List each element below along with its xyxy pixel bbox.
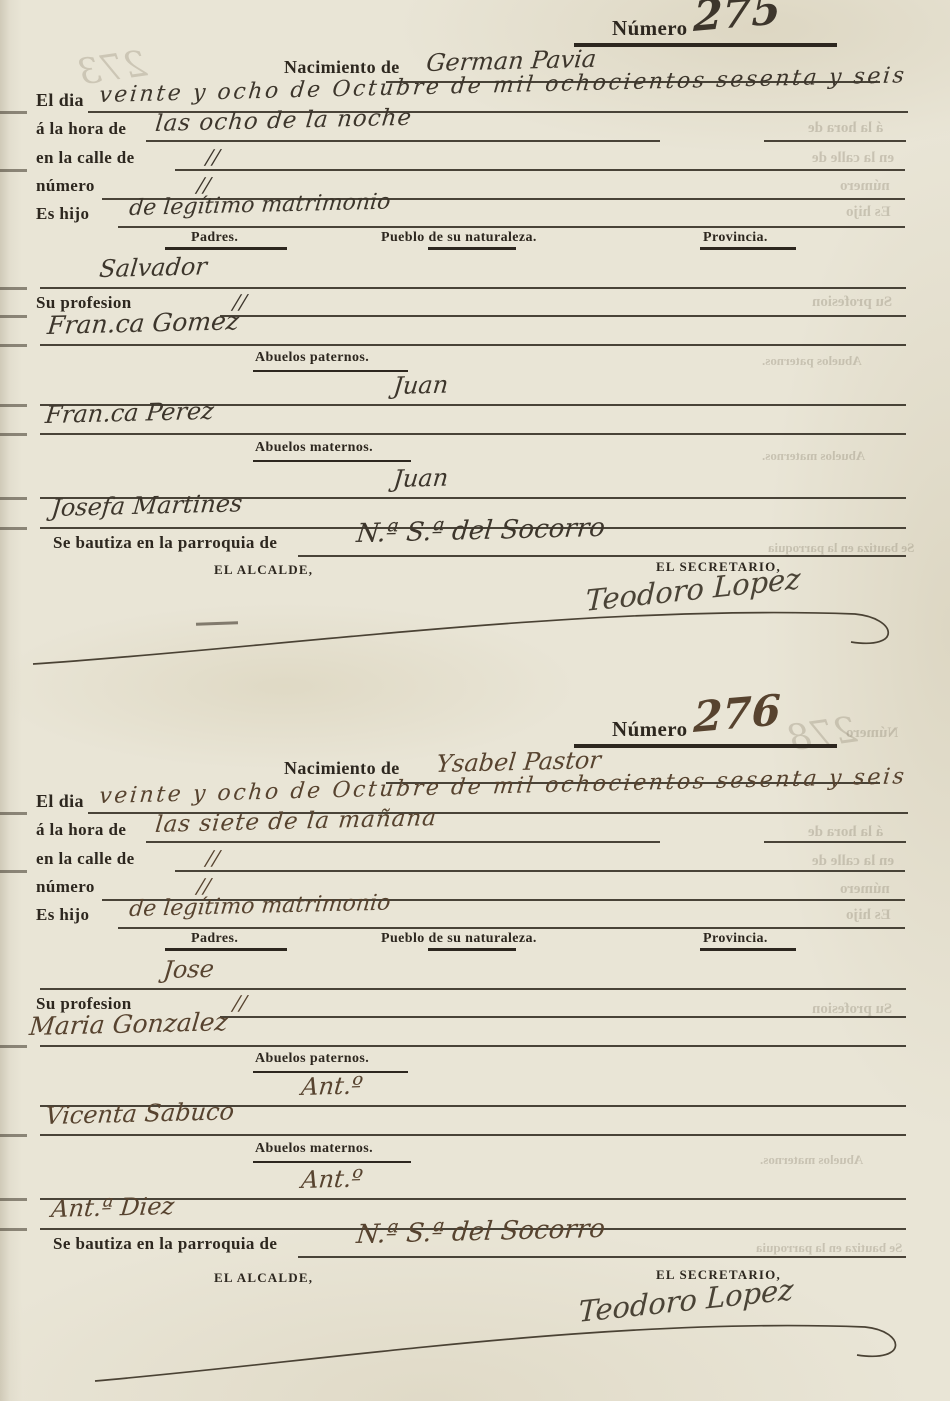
mother-line	[40, 1045, 906, 1047]
nacimiento-label: Nacimiento de	[284, 758, 400, 779]
provincia-header-rule	[700, 247, 796, 250]
parish-line	[298, 1256, 906, 1258]
time-line-stub	[764, 140, 906, 142]
maternal-grandfather-name: Juan	[392, 464, 450, 493]
father-name: Salvador	[98, 252, 208, 283]
pueblo-header-rule	[428, 247, 516, 250]
maternal-grandparents-rule	[253, 1161, 411, 1163]
numero-label: Número	[612, 16, 688, 41]
street-label: en la calle de	[36, 148, 135, 168]
parish-name: N.ª S.ª del Socorro	[355, 513, 606, 549]
street-ditto: //	[205, 846, 221, 870]
pueblo-header: Pueblo de su naturaleza.	[381, 931, 537, 947]
street-line	[175, 870, 905, 872]
profession-ditto: //	[232, 991, 248, 1015]
house-number-label: número	[36, 176, 95, 196]
profession-line	[220, 1016, 906, 1018]
street-label: en la calle de	[36, 849, 135, 869]
father-name: Jose	[162, 955, 215, 984]
scanned-register-page: 273 á la hora de en la calle de número E…	[0, 0, 950, 1401]
padres-header: Padres.	[191, 931, 238, 947]
time-label: á la hora de	[36, 820, 126, 840]
time-line	[146, 140, 660, 142]
parish-name: N.ª S.ª del Socorro	[355, 1214, 606, 1250]
maternal-grandfather-name: Ant.º	[300, 1164, 364, 1194]
numero-label: Número	[612, 717, 688, 742]
paternal-grandmother-line	[40, 1134, 906, 1136]
padres-header: Padres.	[191, 230, 238, 246]
paternal-grandmother-name: Fran.ca Perez	[44, 397, 215, 429]
time-label: á la hora de	[36, 119, 126, 139]
alcalde-label: EL ALCALDE,	[214, 562, 313, 578]
numero-rule	[574, 43, 837, 47]
filiation-line	[118, 226, 905, 228]
father-line	[40, 287, 906, 289]
birth-record-275: Número 275 Nacimiento de German Pavia El…	[0, 0, 950, 700]
pueblo-header: Pueblo de su naturaleza.	[381, 230, 537, 246]
baptism-label: Se bautiza en la parroquia de	[53, 533, 277, 553]
provincia-header: Provincia.	[703, 931, 768, 947]
paternal-grandparents-header: Abuelos paternos.	[255, 1051, 369, 1067]
profession-line	[220, 315, 906, 317]
provincia-header-rule	[700, 948, 796, 951]
mother-name: Maria Gonzalez	[28, 1007, 229, 1041]
maternal-grandmother-name: Ant.ª Diez	[50, 1192, 176, 1223]
baptism-label: Se bautiza en la parroquia de	[53, 1234, 277, 1254]
house-number-label: número	[36, 877, 95, 897]
filiation-value: de legítimo matrimonio	[128, 891, 392, 922]
maternal-grandparents-rule	[253, 460, 411, 462]
maternal-grandparents-header: Abuelos maternos.	[255, 1141, 373, 1157]
paternal-grandmother-name: Vicenta Sabuco	[44, 1097, 235, 1130]
pueblo-header-rule	[428, 948, 516, 951]
padres-header-rule	[165, 948, 287, 951]
time-line	[146, 841, 660, 843]
time-value: las ocho de la noche	[154, 105, 413, 137]
record-number: 276	[693, 685, 781, 742]
maternal-grandmother-name: Josefa Martines	[50, 489, 244, 522]
paternal-grandparents-rule	[253, 370, 408, 372]
parish-line	[298, 555, 906, 557]
date-label: El dia	[36, 791, 84, 812]
birth-record-276: Número 276 Nacimiento de Ysabel Pastor E…	[0, 701, 950, 1401]
street-line	[175, 169, 905, 171]
record-number: 275	[693, 0, 781, 41]
time-line-stub	[764, 841, 906, 843]
paternal-grandfather-name: Ant.º	[300, 1071, 364, 1101]
date-label: El dia	[36, 90, 84, 111]
signature-flourish	[25, 1303, 930, 1388]
padres-header-rule	[165, 247, 287, 250]
filiation-label: Es hijo	[36, 905, 89, 925]
filiation-value: de legítimo matrimonio	[128, 190, 392, 221]
paternal-grandmother-line	[40, 433, 906, 435]
street-ditto: //	[205, 145, 221, 169]
filiation-label: Es hijo	[36, 204, 89, 224]
paternal-grandparents-header: Abuelos paternos.	[255, 350, 369, 366]
paternal-grandfather-name: Juan	[392, 371, 450, 400]
father-line	[40, 988, 906, 990]
signature-flourish	[25, 592, 930, 677]
nacimiento-label: Nacimiento de	[284, 57, 400, 78]
provincia-header: Provincia.	[703, 230, 768, 246]
maternal-grandparents-header: Abuelos maternos.	[255, 440, 373, 456]
mother-name: Fran.ca Gomez	[46, 306, 241, 340]
time-value: las siete de la mañana	[154, 805, 438, 838]
alcalde-label: EL ALCALDE,	[214, 1270, 313, 1286]
numero-rule	[574, 744, 837, 748]
mother-line	[40, 344, 906, 346]
filiation-line	[118, 927, 905, 929]
